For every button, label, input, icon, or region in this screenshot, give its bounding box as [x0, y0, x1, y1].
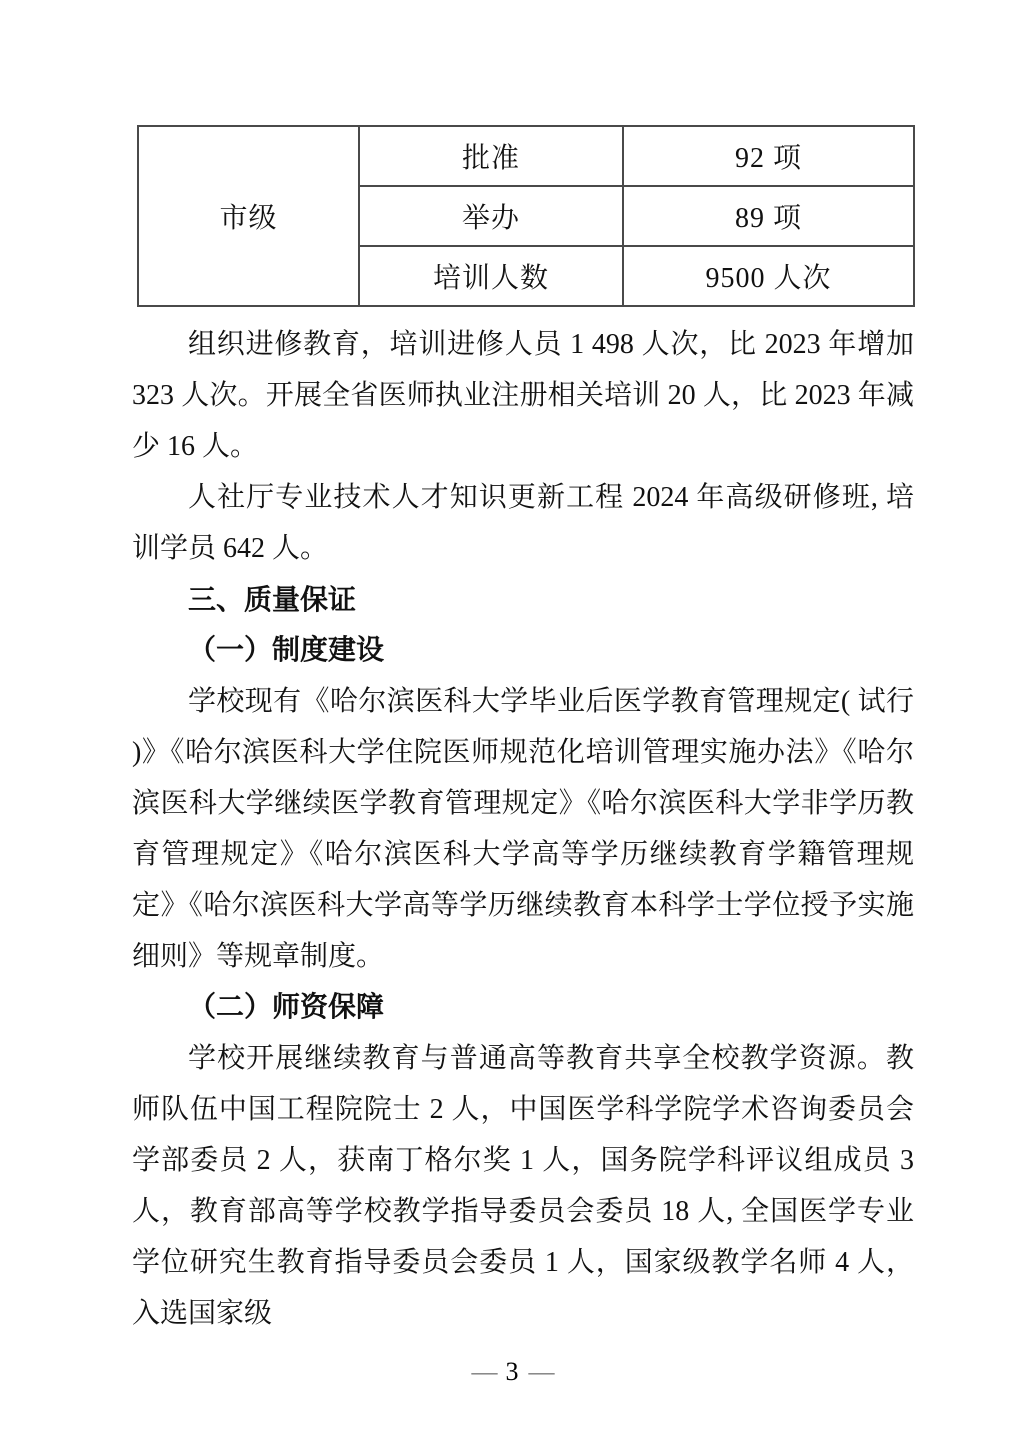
table-cell-value: 89 项: [623, 186, 914, 246]
paragraph-jinxiu-education: 组织进修教育，培训进修人员 1 498 人次，比 2023 年增加 323 人次…: [132, 319, 914, 472]
table-cell-value: 9500 人次: [623, 246, 914, 306]
table-row: 市级 批准 92 项: [138, 126, 914, 186]
paragraph-regulations: 学校现有《哈尔滨医科大学毕业后医学教育管理规定( 试行 )》《哈尔滨医科大学住院…: [132, 676, 914, 982]
table-cell-label: 举办: [359, 186, 623, 246]
footer-right-dash: —: [519, 1357, 563, 1386]
document-page: 市级 批准 92 项 举办 89 项 培训人数 9500 人次 组织进修教育，培…: [0, 0, 1024, 1448]
table-cell-level: 市级: [138, 126, 359, 306]
subsection-heading-system-construction: （一）制度建设: [132, 625, 914, 676]
paragraph-faculty-resources: 学校开展继续教育与普通高等教育共享全校教学资源。教师队伍中国工程院院士 2 人，…: [132, 1033, 914, 1339]
subsection-heading-faculty-support: （二）师资保障: [132, 982, 914, 1033]
paragraph-renshe-class: 人社厅专业技术人才知识更新工程 2024 年高级研修班, 培训学员 642 人。: [132, 472, 914, 574]
footer-left-dash: —: [462, 1357, 506, 1386]
table-cell-value: 92 项: [623, 126, 914, 186]
training-stats-table: 市级 批准 92 项 举办 89 项 培训人数 9500 人次: [137, 125, 915, 307]
document-body: 组织进修教育，培训进修人员 1 498 人次，比 2023 年增加 323 人次…: [132, 319, 914, 1339]
section-heading-quality-assurance: 三、质量保证: [132, 574, 914, 625]
table-cell-label: 培训人数: [359, 246, 623, 306]
table-cell-label: 批准: [359, 126, 623, 186]
page-number: 3: [506, 1357, 519, 1386]
page-footer: —3—: [0, 1352, 1024, 1392]
